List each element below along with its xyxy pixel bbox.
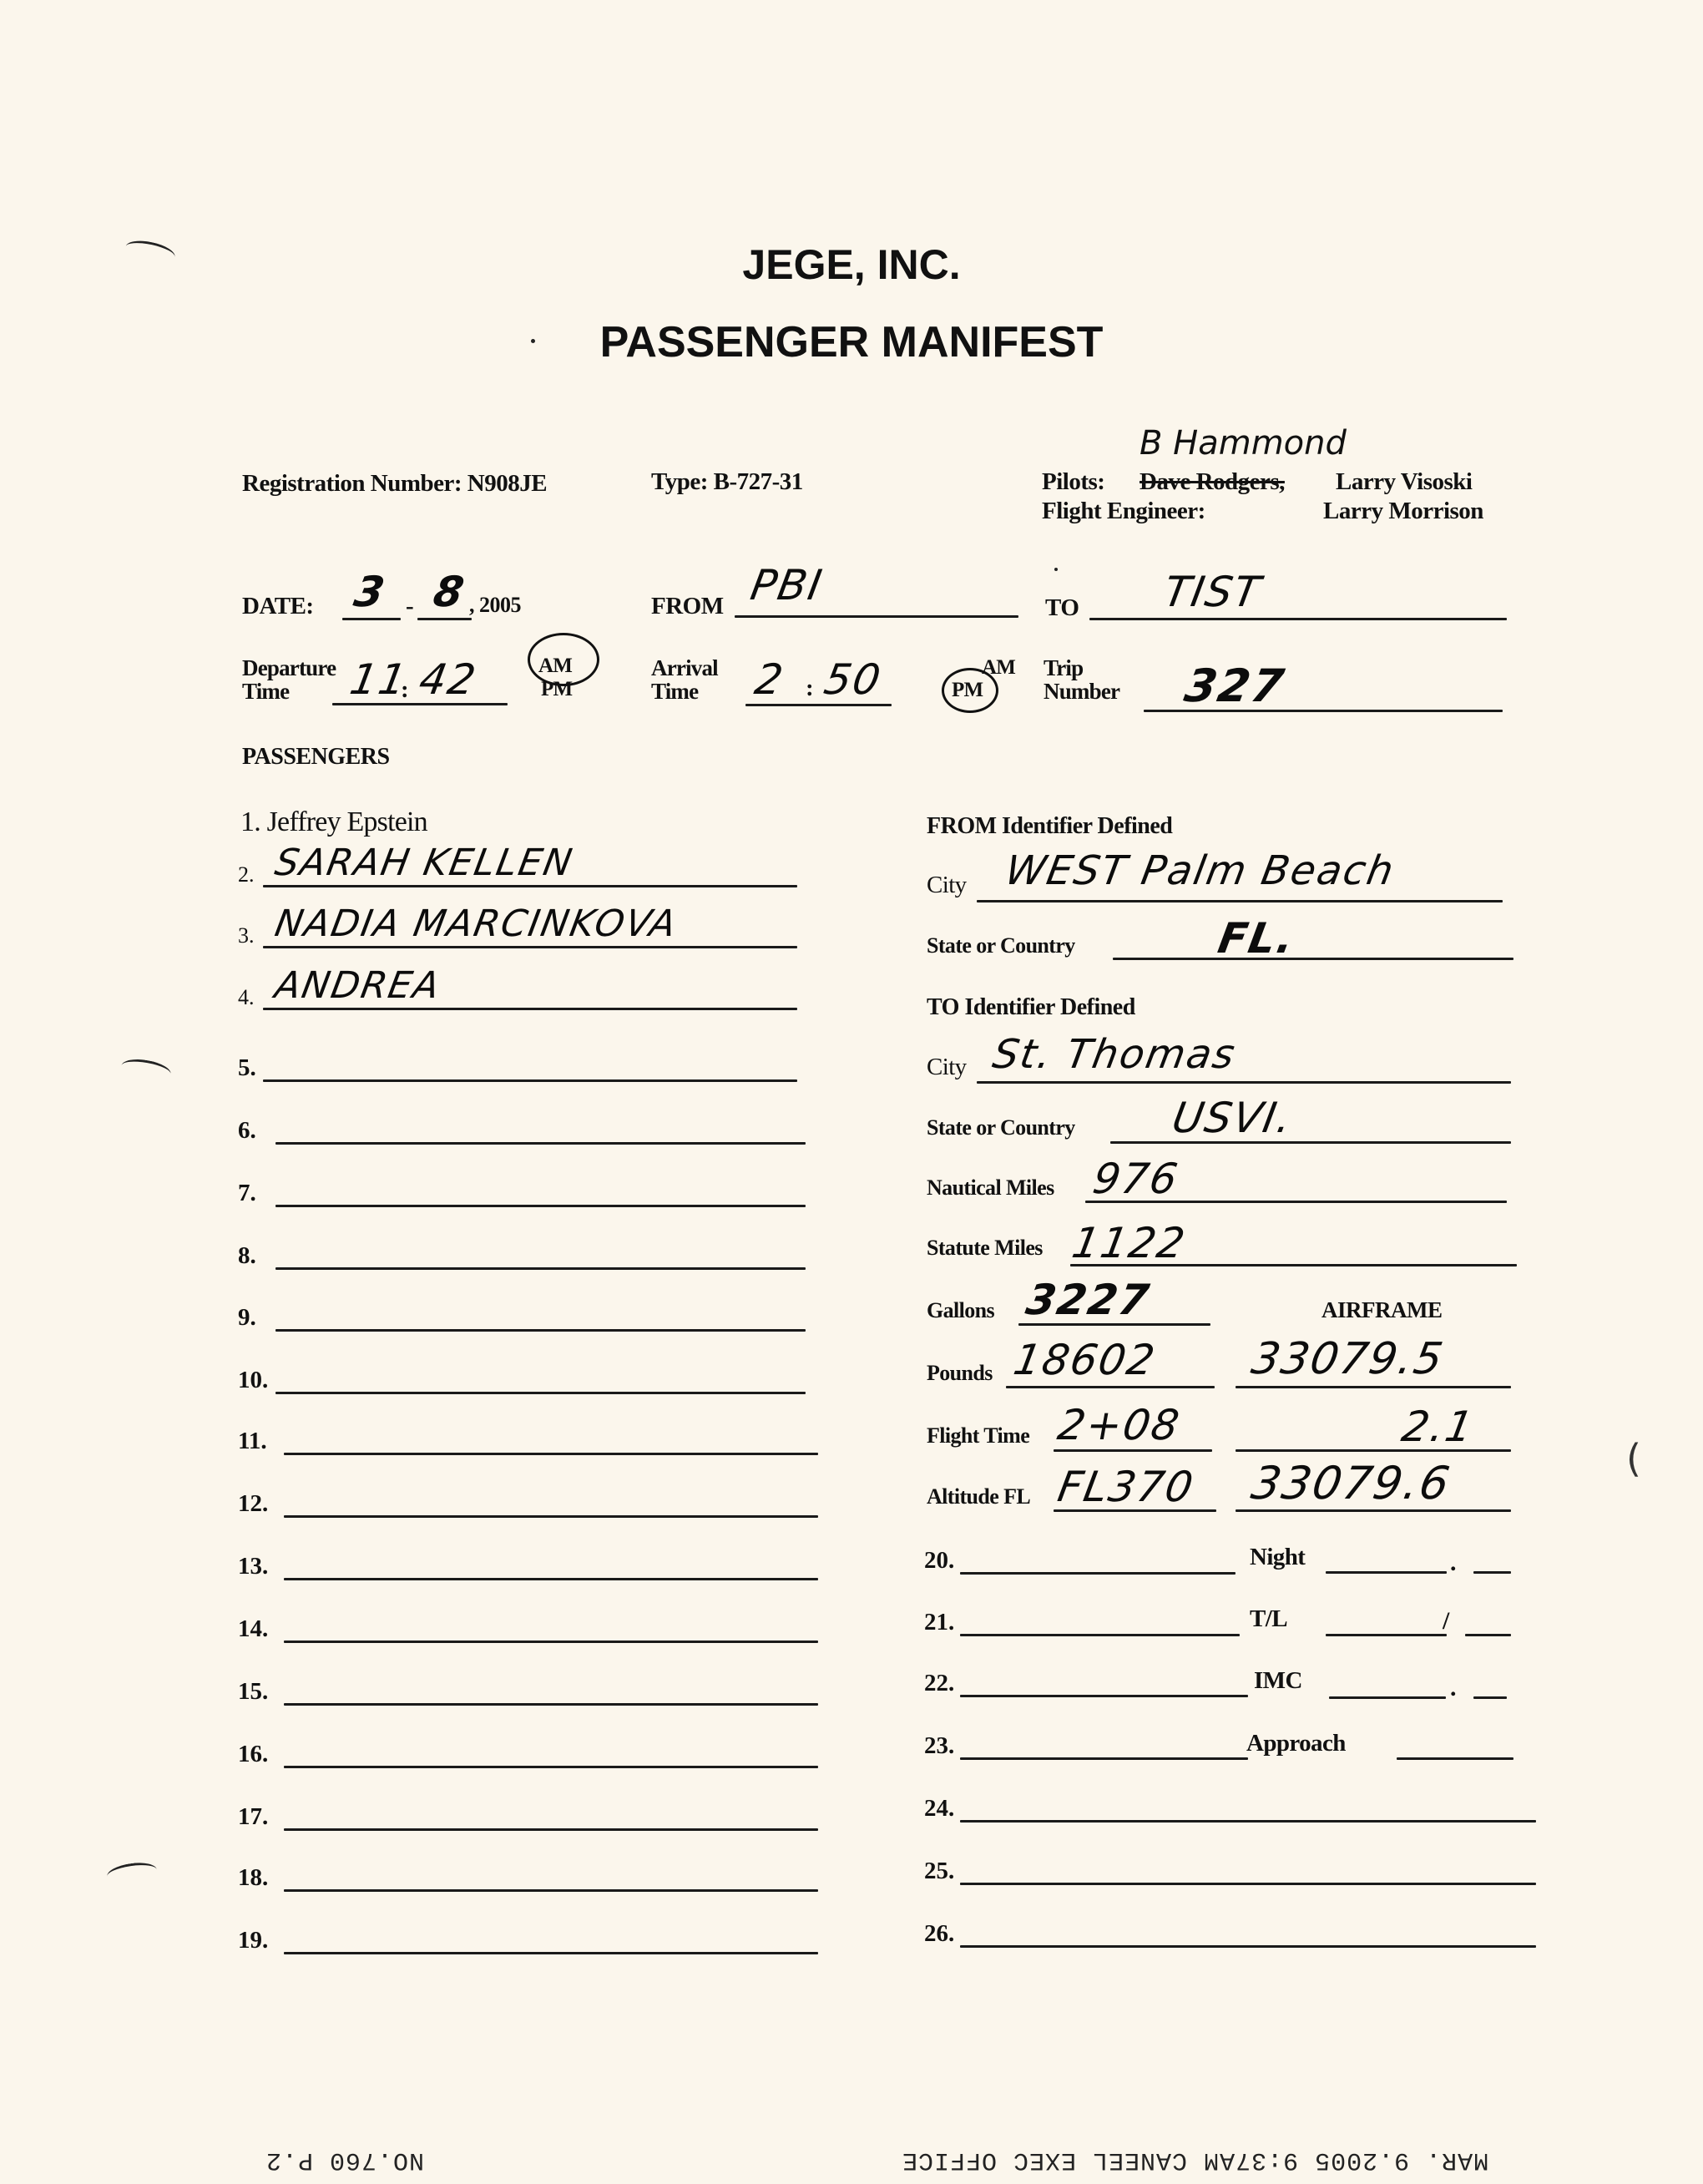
passenger-number: 21. — [924, 1609, 954, 1636]
passenger-number: 20. — [924, 1547, 954, 1575]
registration-field: Registration Number: N908JE — [242, 470, 547, 498]
date-dash: - — [406, 593, 413, 620]
statute-miles-value[interactable]: 1122 — [1069, 1219, 1190, 1267]
to-city-value[interactable]: St. Thomas — [989, 1031, 1240, 1078]
airframe-heading: AIRFRAME — [1321, 1297, 1443, 1323]
passenger-line — [960, 1757, 1248, 1760]
date-month-line — [342, 618, 401, 620]
altitude-value[interactable]: FL370 — [1054, 1463, 1198, 1511]
tl-takeoffs-line — [1326, 1634, 1447, 1636]
passenger-line — [284, 1766, 818, 1768]
passenger-number: 10. — [238, 1367, 268, 1394]
from-city-value[interactable]: WEST Palm Beach — [1002, 847, 1398, 894]
passenger-line — [960, 1572, 1236, 1575]
passenger-number: 19. — [238, 1927, 268, 1954]
departure-minute[interactable]: 42 — [416, 655, 481, 704]
passenger-number: 25. — [924, 1858, 954, 1885]
passenger-number: 16. — [238, 1741, 268, 1768]
trip-number-value[interactable]: 327 — [1180, 660, 1289, 712]
pilot-handwritten-correction: B Hammond — [1140, 424, 1347, 463]
passenger-line — [284, 1515, 818, 1518]
registration-value: N908JE — [467, 470, 547, 497]
to-value[interactable]: TIST — [1160, 568, 1266, 616]
departure-label-line1: Departure — [242, 656, 336, 680]
airframe-start-value[interactable]: 33079.5 — [1248, 1334, 1448, 1384]
passenger-number: 24. — [924, 1795, 954, 1823]
departure-line — [332, 703, 508, 705]
passenger-line — [960, 1883, 1536, 1885]
passenger-line — [275, 1392, 806, 1394]
pounds-label: Pounds — [927, 1361, 993, 1386]
passenger-number: 26. — [924, 1920, 954, 1948]
night-label: Night — [1250, 1544, 1305, 1571]
passenger-line — [275, 1142, 806, 1145]
date-day-line — [417, 618, 472, 620]
departure-label-line2: Time — [242, 680, 336, 703]
approach-line — [1397, 1757, 1513, 1760]
departure-label: Departure Time — [242, 656, 336, 703]
from-line — [735, 615, 1018, 618]
passenger-line — [284, 1641, 818, 1643]
night-dot: . — [1450, 1549, 1456, 1577]
statute-miles-label: Statute Miles — [927, 1236, 1043, 1261]
trip-label-line1: Trip — [1044, 656, 1119, 680]
airframe-start-line — [1236, 1386, 1511, 1388]
to-line — [1089, 618, 1507, 620]
to-identifier-heading: TO Identifier Defined — [927, 994, 1135, 1021]
passenger-line — [263, 885, 797, 887]
flight-time-value[interactable]: 2+08 — [1054, 1401, 1185, 1449]
pilots-label: Pilots: — [1042, 468, 1104, 496]
passenger-line — [960, 1945, 1536, 1948]
passenger-number: 6. — [238, 1117, 256, 1145]
imc-dot: . — [1450, 1674, 1456, 1702]
airframe-end-value[interactable]: 33079.6 — [1247, 1457, 1454, 1509]
airframe-flight-line — [1236, 1449, 1511, 1452]
departure-colon: : — [401, 676, 408, 704]
nautical-miles-line — [1085, 1201, 1507, 1203]
arrival-label-line2: Time — [651, 680, 718, 703]
passenger-line — [263, 1008, 797, 1010]
passengers-heading: PASSENGERS — [242, 744, 390, 771]
passenger-number: 23. — [924, 1732, 954, 1760]
passenger-number: 3. — [238, 923, 255, 948]
pounds-line — [1006, 1386, 1215, 1388]
type-value: B-727-31 — [714, 468, 803, 495]
passenger-number: 2. — [238, 862, 255, 887]
type-field: Type: B-727-31 — [651, 468, 803, 496]
engineer-value: Larry Morrison — [1323, 498, 1483, 525]
gallons-label: Gallons — [927, 1298, 994, 1323]
from-state-line — [1113, 958, 1513, 960]
imc-label: IMC — [1254, 1667, 1302, 1695]
trip-number-line — [1144, 710, 1503, 712]
altitude-line — [1054, 1509, 1216, 1512]
passenger-line — [960, 1634, 1240, 1636]
imc-tenths-line — [1473, 1696, 1507, 1699]
night-tenths-line — [1473, 1571, 1511, 1574]
to-label: TO — [1045, 594, 1079, 622]
to-city-line — [977, 1081, 1511, 1084]
to-state-label: State or Country — [927, 1115, 1075, 1140]
passenger-number: 14. — [238, 1615, 268, 1643]
passenger-name-field[interactable]: ANDREA — [272, 964, 444, 1007]
pilot-struck-out: Dave Rodgers, — [1140, 468, 1285, 496]
passenger-line — [263, 946, 797, 948]
fax-footer-right: NO.760 P.2 — [265, 2146, 424, 2174]
document-title: PASSENGER MANIFEST — [0, 317, 1703, 367]
airframe-end-line — [1236, 1509, 1511, 1512]
flight-time-line — [1054, 1449, 1212, 1452]
from-value[interactable]: PBI — [747, 561, 826, 609]
from-state-value[interactable]: FL. — [1215, 914, 1299, 963]
passenger-line — [263, 1079, 797, 1082]
date-month[interactable]: 3 — [351, 568, 390, 616]
type-label: Type: — [651, 468, 708, 495]
arrival-label: Arrival Time — [651, 656, 718, 703]
to-city-label: City — [927, 1054, 967, 1081]
passenger-number: 12. — [238, 1490, 268, 1518]
passenger-line — [275, 1329, 806, 1332]
tl-landings-line — [1465, 1634, 1511, 1636]
airframe-flight-value[interactable]: 2.1 — [1398, 1403, 1478, 1451]
nautical-miles-value[interactable]: 976 — [1089, 1155, 1183, 1203]
date-year: , 2005 — [469, 593, 521, 618]
passenger-number: 15. — [238, 1678, 268, 1706]
arrival-pm-selected-circle — [942, 668, 998, 713]
imc-hours-line — [1329, 1696, 1446, 1699]
trip-label: Trip Number — [1044, 656, 1119, 703]
passenger-number: 7. — [238, 1180, 256, 1207]
gallons-line — [1018, 1323, 1210, 1326]
passenger-number: 22. — [924, 1670, 954, 1697]
passenger-number: 18. — [238, 1864, 268, 1892]
scan-mark — [106, 1860, 159, 1886]
passenger-number: 13. — [238, 1553, 268, 1580]
passenger-number: 17. — [238, 1803, 268, 1831]
departure-pm-option[interactable]: PM — [541, 678, 572, 701]
passenger-line — [960, 1820, 1536, 1823]
arrival-label-line1: Arrival — [651, 656, 718, 680]
approach-label: Approach — [1246, 1730, 1346, 1757]
passenger-line — [284, 1952, 818, 1954]
pounds-value[interactable]: 18602 — [1010, 1336, 1160, 1384]
passenger-line — [284, 1453, 818, 1455]
passenger-name-field[interactable]: NADIA MARCINKOVA — [272, 902, 681, 945]
scan-dot — [531, 339, 535, 343]
tl-label: T/L — [1250, 1605, 1287, 1633]
scan-mark: ( — [1626, 1436, 1641, 1481]
flight-time-label: Flight Time — [927, 1423, 1029, 1448]
nautical-miles-label: Nautical Miles — [927, 1175, 1054, 1201]
from-city-line — [977, 900, 1503, 902]
passenger-number: 4. — [238, 985, 255, 1010]
arrival-minute[interactable]: 50 — [821, 655, 886, 704]
arrival-colon: : — [806, 675, 813, 702]
statute-miles-line — [1070, 1264, 1517, 1266]
passenger-line — [284, 1578, 818, 1580]
date-day[interactable]: 8 — [430, 568, 469, 616]
passenger-line — [960, 1695, 1248, 1697]
passenger-1: 1. Jeffrey Epstein — [240, 806, 427, 838]
passenger-line — [284, 1889, 818, 1892]
arrival-line — [745, 704, 892, 706]
date-label: DATE: — [242, 593, 314, 620]
fax-footer-left: MAR. 9.2005 9:37AM CANEEL EXEC OFFICE — [902, 2146, 1488, 2174]
scan-dot — [1054, 568, 1058, 571]
passenger-number: 9. — [238, 1304, 256, 1332]
altitude-label: Altitude FL — [927, 1484, 1030, 1509]
to-state-value[interactable]: USVI. — [1169, 1094, 1296, 1142]
pilot-2: Larry Visoski — [1336, 468, 1473, 496]
scan-mark — [119, 1056, 172, 1084]
from-identifier-heading: FROM Identifier Defined — [927, 813, 1172, 840]
passenger-number: 8. — [238, 1242, 256, 1270]
company-name: JEGE, INC. — [0, 240, 1703, 289]
trip-label-line2: Number — [1044, 680, 1119, 703]
night-hours-line — [1326, 1571, 1447, 1574]
from-label: FROM — [651, 593, 724, 620]
passenger-line — [284, 1703, 818, 1706]
tl-slash: / — [1443, 1607, 1449, 1635]
passenger-number: 11. — [238, 1428, 267, 1455]
passenger-line — [284, 1828, 818, 1831]
gallons-value[interactable]: 3227 — [1023, 1276, 1154, 1324]
arrival-hour[interactable]: 2 — [751, 655, 788, 704]
to-state-line — [1110, 1141, 1511, 1144]
passenger-line — [275, 1205, 806, 1207]
registration-label: Registration Number: — [242, 470, 462, 497]
from-state-label: State or Country — [927, 933, 1075, 958]
passenger-line — [275, 1267, 806, 1270]
passenger-name-field[interactable]: SARAH KELLEN — [272, 842, 577, 884]
passenger-number: 5. — [238, 1054, 256, 1082]
from-city-label: City — [927, 872, 967, 899]
engineer-label: Flight Engineer: — [1042, 498, 1205, 525]
